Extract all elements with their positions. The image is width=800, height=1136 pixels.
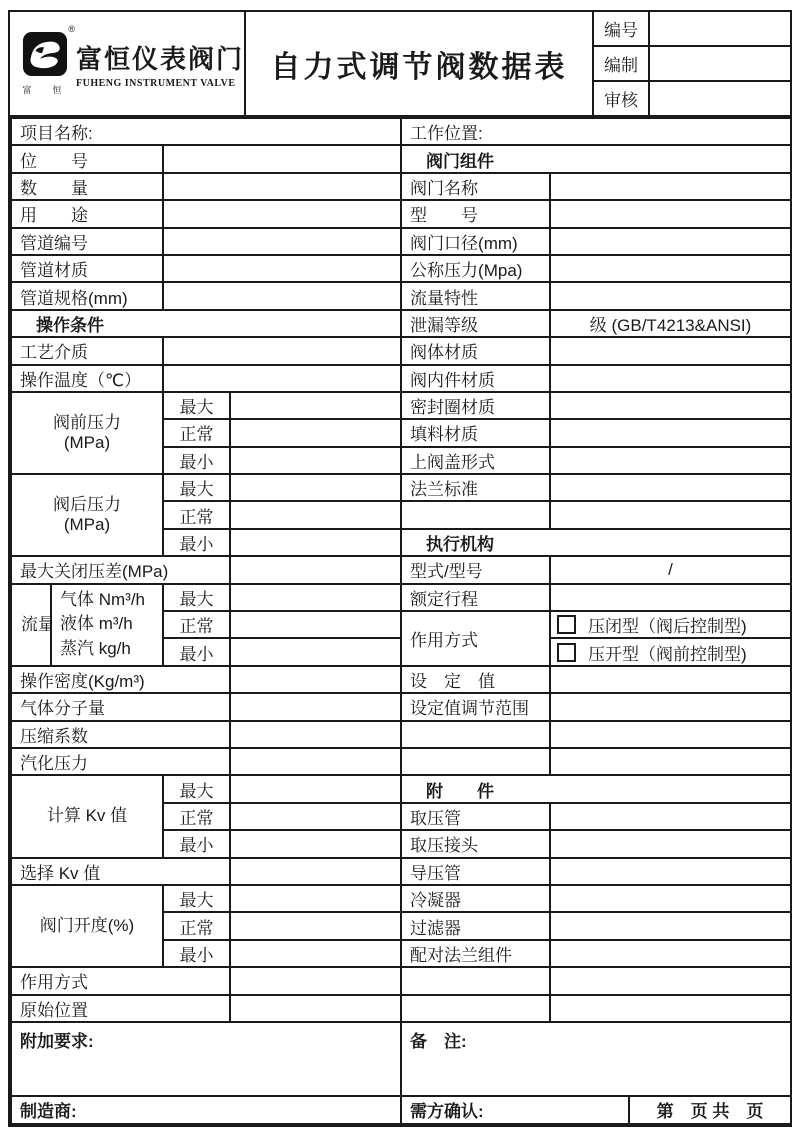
empty-label-cell xyxy=(401,967,550,994)
label-pipe-material: 管道材质 xyxy=(11,255,163,282)
table-row: 汽化压力 xyxy=(11,748,791,775)
field-valve-opening-min[interactable] xyxy=(230,940,401,967)
field-quantity[interactable] xyxy=(163,173,401,200)
field-upstream-pressure-max[interactable] xyxy=(230,392,401,419)
table-row: 选择 Kv 值 导压管 xyxy=(11,858,791,885)
field-downstream-pressure-normal[interactable] xyxy=(230,501,401,528)
sublabel-min: 最小 xyxy=(163,830,230,857)
table-row: 操作密度(Kg/m³) 设 定 值 xyxy=(11,666,791,693)
field-trim-material[interactable] xyxy=(550,365,791,392)
brand-logo: ® 富 恒 xyxy=(22,31,68,96)
table-row: 阀后压力 (MPa) 最大 法兰标准 xyxy=(11,474,791,501)
label-valve-size: 阀门口径(mm) xyxy=(401,228,550,255)
meta-row-reviewer: 审核 xyxy=(594,82,790,115)
brand-logo-icon xyxy=(22,31,68,77)
empty-label-cell xyxy=(401,995,550,1022)
field-flow-normal[interactable] xyxy=(230,611,401,638)
empty-field-cell[interactable] xyxy=(550,995,791,1022)
label-project-name: 项目名称: xyxy=(11,118,401,145)
field-calculated-kv-min[interactable] xyxy=(230,830,401,857)
label-flange-standard: 法兰标准 xyxy=(401,474,550,501)
checkbox-close-type[interactable] xyxy=(557,615,576,634)
field-set-value[interactable] xyxy=(550,666,791,693)
meta-field-reviewer[interactable] xyxy=(650,82,790,115)
label-set-value: 设 定 值 xyxy=(401,666,550,693)
label-quantity: 数 量 xyxy=(11,173,163,200)
field-buyer-confirm[interactable]: 需方确认: xyxy=(401,1096,629,1124)
field-pipe-spec[interactable] xyxy=(163,282,401,309)
datasheet-table: 项目名称: 工作位置: 位 号 阀门组件 数 量 阀门名称 用 途 型 号 管道… xyxy=(10,117,792,1125)
label-pressure-joint: 取压接头 xyxy=(401,830,550,857)
field-action-mode[interactable] xyxy=(230,967,401,994)
flow-unit-liquid: 液体 m³/h xyxy=(60,612,162,637)
field-nominal-pressure[interactable] xyxy=(550,255,791,282)
sublabel-normal: 正常 xyxy=(163,419,230,446)
sublabel-min: 最小 xyxy=(163,638,230,665)
field-model[interactable] xyxy=(550,200,791,227)
label-operating-density: 操作密度(Kg/m³) xyxy=(11,666,230,693)
label-seal-material: 密封圈材质 xyxy=(401,392,550,419)
section-actuator: 执行机构 xyxy=(401,529,791,556)
label-impulse-pipe: 导压管 xyxy=(401,858,550,885)
field-valve-opening-max[interactable] xyxy=(230,885,401,912)
field-tag-no[interactable] xyxy=(163,145,401,172)
field-compressibility[interactable] xyxy=(230,721,401,748)
table-row: 工艺介质 阀体材质 xyxy=(11,337,791,364)
table-row: 用 途 型 号 xyxy=(11,200,791,227)
field-operating-density[interactable] xyxy=(230,666,401,693)
label-flow: 流量 xyxy=(11,584,51,666)
field-vapor-pressure[interactable] xyxy=(230,748,401,775)
section-accessories: 附 件 xyxy=(401,775,791,802)
empty-field-cell[interactable] xyxy=(550,721,791,748)
sublabel-max: 最大 xyxy=(163,584,230,611)
header: ® 富 恒 富恒仪表阀门 FUHENG INSTRUMENT VALVE 自力式… xyxy=(10,12,790,117)
field-bonnet-type[interactable] xyxy=(550,447,791,474)
field-operating-temp[interactable] xyxy=(163,365,401,392)
field-mating-flange[interactable] xyxy=(550,940,791,967)
table-row: 附加要求: 备 注: xyxy=(11,1022,791,1096)
label-mating-flange: 配对法兰组件 xyxy=(401,940,550,967)
brand-name-cn: 富恒仪表阀门 xyxy=(76,39,244,76)
meta-label-author: 编制 xyxy=(594,47,650,80)
title-cell: 自力式调节阀数据表 xyxy=(246,12,594,115)
field-pipe-no[interactable] xyxy=(163,228,401,255)
table-row: 最大关闭压差(MPa) 型式/型号 / xyxy=(11,556,791,583)
upstream-pressure-unit: (MPa) xyxy=(12,433,162,453)
field-leakage-class[interactable]: 级 (GB/T4213&ANSI) xyxy=(550,310,791,337)
flow-unit-gas: 气体 Nm³/h xyxy=(60,588,162,613)
label-action-type: 作用方式 xyxy=(401,611,550,666)
empty-field-cell[interactable] xyxy=(550,748,791,775)
label-valve-opening: 阀门开度(%) xyxy=(11,885,163,967)
label-tag-no: 位 号 xyxy=(11,145,163,172)
downstream-pressure-text: 阀后压力 xyxy=(12,495,162,515)
meta-row-author: 编制 xyxy=(594,47,790,82)
label-compressibility: 压缩系数 xyxy=(11,721,230,748)
label-filter: 过滤器 xyxy=(401,912,550,939)
sublabel-normal: 正常 xyxy=(163,501,230,528)
label-body-material: 阀体材质 xyxy=(401,337,550,364)
label-type-model: 型式/型号 xyxy=(401,556,550,583)
field-pressure-joint[interactable] xyxy=(550,830,791,857)
label-max-shutoff-dp: 最大关闭压差(MPa) xyxy=(11,556,230,583)
meta-row-number: 编号 xyxy=(594,12,790,47)
meta-block: 编号 编制 审核 xyxy=(594,12,790,115)
sublabel-min: 最小 xyxy=(163,529,230,556)
label-pipe-spec: 管道规格(mm) xyxy=(11,282,163,309)
meta-field-number[interactable] xyxy=(650,12,790,45)
field-packing-material[interactable] xyxy=(550,419,791,446)
field-downstream-pressure-min[interactable] xyxy=(230,529,401,556)
label-flow-units: 气体 Nm³/h 液体 m³/h 蒸汽 kg/h xyxy=(51,584,163,666)
label-initial-position: 原始位置 xyxy=(11,995,230,1022)
field-usage[interactable] xyxy=(163,200,401,227)
page-indicator: 第 页 共 页 xyxy=(629,1096,791,1124)
field-remarks[interactable]: 备 注: xyxy=(401,1022,791,1096)
upstream-pressure-text: 阀前压力 xyxy=(12,413,162,433)
sublabel-min: 最小 xyxy=(163,940,230,967)
field-flow-min[interactable] xyxy=(230,638,401,665)
label-pressure-pipe: 取压管 xyxy=(401,803,550,830)
label-process-medium: 工艺介质 xyxy=(11,337,163,364)
sublabel-max: 最大 xyxy=(163,885,230,912)
flow-label-text: 流量 xyxy=(21,612,41,638)
label-calculated-kv: 计算 Kv 值 xyxy=(11,775,163,857)
label-model: 型 号 xyxy=(401,200,550,227)
sublabel-max: 最大 xyxy=(163,775,230,802)
sublabel-normal: 正常 xyxy=(163,611,230,638)
table-row: 压缩系数 xyxy=(11,721,791,748)
option-open-type-label: 压开型（阀前控制型) xyxy=(588,640,747,665)
brand-block: ® 富 恒 富恒仪表阀门 FUHENG INSTRUMENT VALVE xyxy=(10,12,246,115)
field-body-material[interactable] xyxy=(550,337,791,364)
field-additional-requirements[interactable]: 附加要求: xyxy=(11,1022,401,1096)
empty-field-cell[interactable] xyxy=(550,501,791,528)
label-action-mode: 作用方式 xyxy=(11,967,230,994)
page-title: 自力式调节阀数据表 xyxy=(271,42,568,86)
table-row: 阀前压力 (MPa) 最大 密封圈材质 xyxy=(11,392,791,419)
field-gas-molecular-weight[interactable] xyxy=(230,693,401,720)
option-close-type-label: 压闭型（阀后控制型) xyxy=(588,612,747,637)
table-row: 管道材质 公称压力(Mpa) xyxy=(11,255,791,282)
meta-field-author[interactable] xyxy=(650,47,790,80)
sublabel-normal: 正常 xyxy=(163,912,230,939)
label-pipe-no: 管道编号 xyxy=(11,228,163,255)
label-condenser: 冷凝器 xyxy=(401,885,550,912)
field-downstream-pressure-max[interactable] xyxy=(230,474,401,501)
table-row: 位 号 阀门组件 xyxy=(11,145,791,172)
label-gas-molecular-weight: 气体分子量 xyxy=(11,693,230,720)
table-row: 项目名称: 工作位置: xyxy=(11,118,791,145)
field-type-model[interactable]: / xyxy=(550,556,791,583)
downstream-pressure-unit: (MPa) xyxy=(12,515,162,535)
label-usage: 用 途 xyxy=(11,200,163,227)
label-vapor-pressure: 汽化压力 xyxy=(11,748,230,775)
flow-unit-steam: 蒸汽 kg/h xyxy=(60,637,162,662)
field-upstream-pressure-min[interactable] xyxy=(230,447,401,474)
label-set-value-range: 设定值调节范围 xyxy=(401,693,550,720)
field-valve-name[interactable] xyxy=(550,173,791,200)
label-packing-material: 填料材质 xyxy=(401,419,550,446)
label-operating-temp: 操作温度（℃） xyxy=(11,365,163,392)
datasheet-page: ® 富 恒 富恒仪表阀门 FUHENG INSTRUMENT VALVE 自力式… xyxy=(0,0,800,1136)
field-calculated-kv-max[interactable] xyxy=(230,775,401,802)
empty-label-cell xyxy=(401,721,550,748)
sublabel-min: 最小 xyxy=(163,447,230,474)
section-valve-assembly: 阀门组件 xyxy=(401,145,791,172)
sublabel-max: 最大 xyxy=(163,392,230,419)
field-calculated-kv-normal[interactable] xyxy=(230,803,401,830)
table-row: 流量 气体 Nm³/h 液体 m³/h 蒸汽 kg/h 最大 额定行程 xyxy=(11,584,791,611)
empty-label-cell xyxy=(401,501,550,528)
field-valve-opening-normal[interactable] xyxy=(230,912,401,939)
sublabel-max: 最大 xyxy=(163,474,230,501)
table-row: 气体分子量 设定值调节范围 xyxy=(11,693,791,720)
label-leakage-class: 泄漏等级 xyxy=(401,310,550,337)
option-open-type-cell: 压开型（阀前控制型) xyxy=(550,638,791,665)
label-bonnet-type: 上阀盖形式 xyxy=(401,447,550,474)
table-row: 制造商: 需方确认: 第 页 共 页 xyxy=(11,1096,791,1124)
empty-label-cell xyxy=(401,748,550,775)
field-flow-max[interactable] xyxy=(230,584,401,611)
meta-label-number: 编号 xyxy=(594,12,650,45)
label-downstream-pressure: 阀后压力 (MPa) xyxy=(11,474,163,556)
table-row: 操作温度（℃） 阀内件材质 xyxy=(11,365,791,392)
label-nominal-pressure: 公称压力(Mpa) xyxy=(401,255,550,282)
label-upstream-pressure: 阀前压力 (MPa) xyxy=(11,392,163,474)
field-upstream-pressure-normal[interactable] xyxy=(230,419,401,446)
empty-field-cell[interactable] xyxy=(550,967,791,994)
meta-label-reviewer: 审核 xyxy=(594,82,650,115)
field-valve-size[interactable] xyxy=(550,228,791,255)
table-row: 数 量 阀门名称 xyxy=(11,173,791,200)
label-rated-travel: 额定行程 xyxy=(401,584,550,611)
label-valve-name: 阀门名称 xyxy=(401,173,550,200)
option-close-type-cell: 压闭型（阀后控制型) xyxy=(550,611,791,638)
field-seal-material[interactable] xyxy=(550,392,791,419)
field-flange-standard[interactable] xyxy=(550,474,791,501)
field-initial-position[interactable] xyxy=(230,995,401,1022)
registered-mark: ® xyxy=(68,24,75,34)
table-row: 作用方式 xyxy=(11,967,791,994)
field-manufacturer[interactable]: 制造商: xyxy=(11,1096,401,1124)
table-row: 阀门开度(%) 最大 冷凝器 xyxy=(11,885,791,912)
field-set-value-range[interactable] xyxy=(550,693,791,720)
section-operating-conditions: 操作条件 xyxy=(11,310,401,337)
field-selected-kv[interactable] xyxy=(230,858,401,885)
label-trim-material: 阀内件材质 xyxy=(401,365,550,392)
brand-logo-caption: 富 恒 xyxy=(22,83,68,96)
field-max-shutoff-dp[interactable] xyxy=(230,556,401,583)
field-pressure-pipe[interactable] xyxy=(550,803,791,830)
field-impulse-pipe[interactable] xyxy=(550,858,791,885)
sublabel-normal: 正常 xyxy=(163,803,230,830)
label-work-position: 工作位置: xyxy=(401,118,791,145)
field-flow-characteristic[interactable] xyxy=(550,282,791,309)
field-pipe-material[interactable] xyxy=(163,255,401,282)
table-row: 原始位置 xyxy=(11,995,791,1022)
table-row: 操作条件 泄漏等级 级 (GB/T4213&ANSI) xyxy=(11,310,791,337)
table-row: 管道规格(mm) 流量特性 xyxy=(11,282,791,309)
table-row: 管道编号 阀门口径(mm) xyxy=(11,228,791,255)
field-process-medium[interactable] xyxy=(163,337,401,364)
table-row: 计算 Kv 值 最大 附 件 xyxy=(11,775,791,802)
label-selected-kv: 选择 Kv 值 xyxy=(11,858,230,885)
datasheet: ® 富 恒 富恒仪表阀门 FUHENG INSTRUMENT VALVE 自力式… xyxy=(8,10,792,1127)
field-rated-travel[interactable] xyxy=(550,584,791,611)
label-flow-characteristic: 流量特性 xyxy=(401,282,550,309)
field-filter[interactable] xyxy=(550,912,791,939)
field-condenser[interactable] xyxy=(550,885,791,912)
brand-name-en: FUHENG INSTRUMENT VALVE xyxy=(76,78,244,89)
checkbox-open-type[interactable] xyxy=(557,643,576,662)
